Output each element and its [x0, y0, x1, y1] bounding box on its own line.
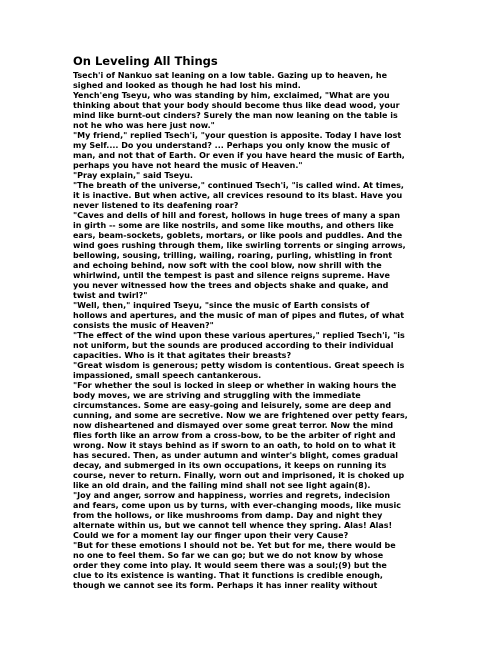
document-title: On Leveling All Things [73, 55, 433, 68]
paragraph: "Pray explain," said Tseyu. [73, 171, 433, 181]
paragraph: "The effect of the wind upon these vario… [73, 331, 433, 361]
paragraph: "Caves and dells of hill and forest, hol… [73, 211, 433, 301]
paragraph: Tsech'i of Nankuo sat leaning on a low t… [73, 71, 433, 91]
paragraph: "My friend," replied Tsech'i, "your ques… [73, 131, 433, 171]
paragraph: "Great wisdom is generous; petty wisdom … [73, 361, 433, 381]
paragraph: "The breath of the universe," continued … [73, 181, 433, 211]
document-page: On Leveling All Things Tsech'i of Nankuo… [0, 0, 502, 649]
paragraph: Yench'eng Tseyu, who was standing by him… [73, 91, 433, 131]
document-body: On Leveling All Things Tsech'i of Nankuo… [73, 55, 433, 591]
paragraph: "But for these emotions I should not be.… [73, 541, 433, 591]
paragraph: "For whether the soul is locked in sleep… [73, 381, 433, 491]
paragraph: "Well, then," inquired Tseyu, "since the… [73, 301, 433, 331]
paragraph: "Joy and anger, sorrow and happiness, wo… [73, 491, 433, 541]
